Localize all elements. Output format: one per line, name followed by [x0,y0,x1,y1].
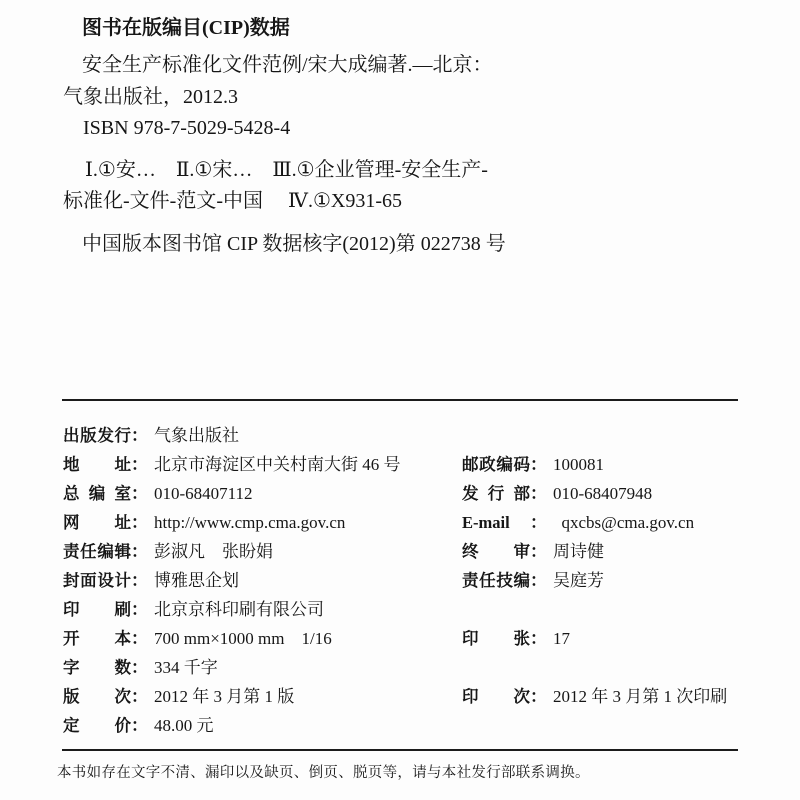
field-value: 周诗健 [553,542,604,561]
field-label: 总编室 [63,480,131,504]
field-colon: ： [530,513,545,532]
field-label: 印刷 [63,596,131,620]
field-colon: ： [131,687,154,706]
field-colon [530,598,536,617]
colophon-row: 地址：北京市海淀区中关村南大街 46 号 邮政编码：100081 [63,448,775,477]
field-value: 北京市海淀区中关村南大街 46 号 [154,455,401,474]
field-colon: ： [131,455,154,474]
field-colon: ： [131,484,154,503]
field-value: 700 mm×1000 mm 1/16 [154,629,332,648]
field-value: 334 千字 [154,658,218,677]
colophon-field: 封面设计：博雅思企划 [63,566,462,591]
colophon-field: 定价：48.00 元 [63,711,462,736]
field-value: 北京京科印刷有限公司 [154,600,324,619]
colophon-row: 开本：700 mm×1000 mm 1/16 印张：17 [63,622,775,651]
field-colon [530,714,536,733]
field-colon: ： [530,542,553,561]
field-colon: ： [530,484,553,503]
field-value: 100081 [553,455,604,474]
field-value: 17 [553,629,570,648]
colophon-field: 版次：2012 年 3 月第 1 版 [63,682,462,707]
field-value: 48.00 元 [154,716,214,735]
colophon-field: 责任技编：吴庭芳 [462,566,775,591]
colophon-field: 印刷：北京京科印刷有限公司 [63,595,462,620]
colophon-field: 字数：334 千字 [63,653,462,678]
colophon-field: 邮政编码：100081 [462,450,775,475]
field-colon: ： [530,571,553,590]
colophon-field: 印张：17 [462,624,775,649]
divider-rule-top [62,399,738,401]
field-value: http://www.cmp.cma.gov.cn [154,513,345,532]
colophon-block: 出版发行：气象出版社 地址：北京市海淀区中关村南大街 46 号 邮政编码：100… [63,419,775,738]
colophon-row: 出版发行：气象出版社 [63,419,775,448]
title-line-1: 安全生产标准化文件范例/宋大成编著.—北京： [82,54,493,77]
colophon-field: 开本：700 mm×1000 mm 1/16 [63,624,462,649]
field-label: 版次 [63,683,131,707]
field-colon: ： [131,629,154,648]
field-label: 终审 [462,538,530,562]
field-label: 邮政编码 [462,451,530,475]
colophon-field: 印次：2012 年 3 月第 1 次印刷 [462,682,775,707]
colophon-field [462,714,775,734]
field-value: 彭淑凡 张盼娟 [154,542,273,561]
colophon-field: 出版发行：气象出版社 [63,421,462,446]
colophon-field: 地址：北京市海淀区中关村南大街 46 号 [63,450,462,475]
colophon-field: 终审：周诗健 [462,537,775,562]
field-label: 封面设计 [63,567,131,591]
isbn-line: ISBN 978-7-5029-5428-4 [83,117,290,140]
field-label: 责任编辑 [63,538,131,562]
field-colon: ： [530,455,553,474]
colophon-row: 总编室：010-68407112 发行部：010-68407948 [63,477,775,506]
field-colon: ： [530,687,553,706]
field-label: 开本 [63,625,131,649]
field-colon: ： [131,513,154,532]
colophon-row: 印刷：北京京科印刷有限公司 [63,593,775,622]
colophon-field: 总编室：010-68407112 [63,479,462,504]
field-label: 印张 [462,625,530,649]
colophon-row: 责任编辑：彭淑凡 张盼娟 终审：周诗健 [63,535,775,564]
footer-note: 本书如存在文字不清、漏印以及缺页、倒页、脱页等，请与本社发行部联系调换。 [57,765,590,782]
field-label: 印次 [462,683,530,707]
field-colon: ： [131,426,154,445]
field-label: 字数 [63,654,131,678]
field-value: 博雅思企划 [154,571,239,590]
field-label: E-mail [462,513,530,533]
field-value: 2012 年 3 月第 1 次印刷 [553,687,727,706]
field-label: 定价 [63,712,131,736]
colophon-field [462,656,775,676]
classification-line-2: 标准化-文件-范文-中国 Ⅳ.①X931-65 [63,190,402,213]
field-value: 吴庭芳 [553,571,604,590]
field-value: 010-68407112 [154,484,253,503]
colophon-row: 版次：2012 年 3 月第 1 版 印次：2012 年 3 月第 1 次印刷 [63,680,775,709]
field-value: qxcbs@cma.gov.cn [545,513,695,532]
field-colon: ： [530,629,553,648]
field-value: 2012 年 3 月第 1 版 [154,687,294,706]
colophon-field: E-mail： qxcbs@cma.gov.cn [462,508,775,533]
divider-rule-bottom [62,749,738,751]
colophon-field: 发行部：010-68407948 [462,479,775,504]
field-colon: ： [131,600,154,619]
colophon-row: 字数：334 千字 [63,651,775,680]
colophon-row: 封面设计：博雅思企划 责任技编：吴庭芳 [63,564,775,593]
colophon-row: 定价：48.00 元 [63,709,775,738]
field-value: 气象出版社 [154,426,239,445]
colophon-field: 网址：http://www.cmp.cma.gov.cn [63,508,462,533]
title-line-2: 气象出版社，2012.3 [63,86,238,109]
field-label: 责任技编 [462,567,530,591]
field-value: 010-68407948 [553,484,652,503]
field-label: 出版发行 [63,422,131,446]
copyright-page: 图书在版编目(CIP)数据 安全生产标准化文件范例/宋大成编著.—北京： 气象出… [0,0,800,800]
field-label: 发行部 [462,480,530,504]
field-colon [530,656,536,675]
field-colon: ： [131,716,154,735]
cip-record-line: 中国版本图书馆 CIP 数据核字(2012)第 022738 号 [82,233,506,256]
field-colon: ： [131,542,154,561]
field-label: 地址 [63,451,131,475]
colophon-field: 责任编辑：彭淑凡 张盼娟 [63,537,462,562]
colophon-field [462,424,775,444]
colophon-row: 网址：http://www.cmp.cma.gov.cn E-mail： qxc… [63,506,775,535]
field-colon [530,424,536,443]
classification-line-1: Ⅰ.①安… Ⅱ.①宋… Ⅲ.①企业管理-安全生产- [85,159,488,182]
field-label: 网址 [63,509,131,533]
field-colon: ： [131,571,154,590]
cip-header: 图书在版编目(CIP)数据 [82,17,290,40]
colophon-field [462,598,775,618]
field-colon: ： [131,658,154,677]
